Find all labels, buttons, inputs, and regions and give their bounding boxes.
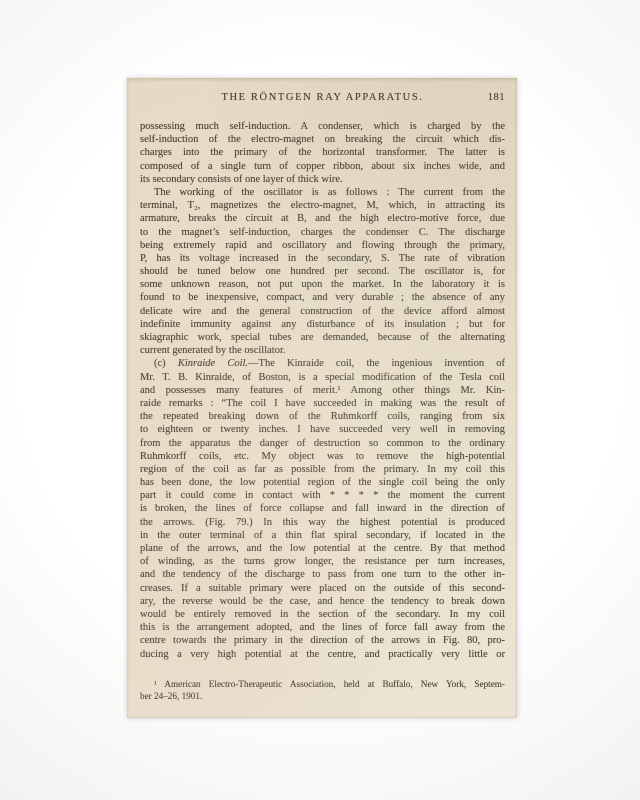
text-line: found to be inexpensive, compact, and ve… (140, 291, 505, 304)
text-line: being extremely rapid and oscillatory an… (140, 239, 505, 252)
text-line: of winding, as the turns grow longer, th… (140, 555, 505, 568)
text-line: region of the coil as far as possible fr… (140, 463, 505, 476)
text-line: composed of a single turn of copper ribb… (140, 160, 505, 173)
footnote: ¹ American Electro-Therapeutic Associati… (140, 678, 505, 703)
text-line: is broken, the lines of force collapse a… (140, 502, 505, 515)
text-line: armature, breaks the circuit at B, and t… (140, 212, 505, 225)
text-line: raide remarks : “The coil I have succeed… (140, 397, 505, 410)
text-line: in the outer terminal of a thin flat spi… (140, 529, 505, 542)
book-page: THE RÖNTGEN RAY APPARATUS. 181 possessin… (127, 78, 517, 718)
page-title: THE RÖNTGEN RAY APPARATUS. (140, 92, 505, 103)
text-line: (c) Kinraide Coil.—The Kinraide coil, th… (140, 357, 505, 370)
text-line: ducing a very high potential at the cent… (140, 648, 505, 661)
text-line: current generated by the oscillator. (140, 344, 505, 357)
text-line: the repeated breaking down of the Ruhmko… (140, 410, 505, 423)
text-line: Mr. T. B. Kinraide, of Boston, is a spec… (140, 371, 505, 384)
footnote-line: ¹ American Electro-Therapeutic Associati… (140, 678, 505, 691)
footnote-line: ber 24–26, 1901. (140, 690, 505, 703)
text-line: should be tuned below one hundred per se… (140, 265, 505, 278)
text-line: from the apparatus the danger of destruc… (140, 437, 505, 450)
text-line: terminal, T₂, magnetizes the electro-mag… (140, 199, 505, 212)
text-line: and possesses many features of merit.¹ A… (140, 384, 505, 397)
text-line: some unknown reason, not put upon the ma… (140, 278, 505, 291)
text-line: self-induction of the electro-magnet on … (140, 133, 505, 146)
text-line: The working of the oscillator is as foll… (140, 186, 505, 199)
text-line: skiagraphic work, special tubes are dema… (140, 331, 505, 344)
text-line: this is the arrangement adopted, and the… (140, 621, 505, 634)
italic-text: Kinraide Coil. (178, 358, 248, 369)
text-segment: (c) (154, 358, 178, 369)
text-line: has been done, the low potential region … (140, 476, 505, 489)
text-line: possessing much self-induction. A conden… (140, 120, 505, 133)
body-text: possessing much self-induction. A conden… (140, 120, 505, 661)
text-line: plane of the arrows, and the low potenti… (140, 542, 505, 555)
text-line: charges into the primary of the horizont… (140, 146, 505, 159)
text-line: would be entirely removed in the section… (140, 608, 505, 621)
text-line: the arrows. (Fig. 79.) In this way the h… (140, 516, 505, 529)
running-header: THE RÖNTGEN RAY APPARATUS. 181 (140, 92, 505, 105)
text-line: indefinite immunity against any disturba… (140, 318, 505, 331)
scan-background: THE RÖNTGEN RAY APPARATUS. 181 possessin… (0, 0, 640, 800)
text-line: creases. If a suitable primary were plac… (140, 582, 505, 595)
text-line: centre towards the primary in the direct… (140, 634, 505, 647)
text-line: to eighteen or twenty inches. I have suc… (140, 423, 505, 436)
page-number: 181 (488, 92, 505, 103)
text-line: part it could come in contact with * * *… (140, 489, 505, 502)
text-line: its secondary consists of one layer of t… (140, 173, 505, 186)
text-line: P, has its voltage increased in the seco… (140, 252, 505, 265)
text-line: ary, the reverse would be the case, and … (140, 595, 505, 608)
text-line: delicate wire and the general constructi… (140, 305, 505, 318)
text-segment: —The Kinraide coil, the ingenious invent… (248, 358, 505, 369)
text-line: to the magnet’s self-induction, charges … (140, 226, 505, 239)
text-line: Ruhmkorff coils, etc. My object was to r… (140, 450, 505, 463)
text-line: and the tendency of the discharge to pas… (140, 568, 505, 581)
